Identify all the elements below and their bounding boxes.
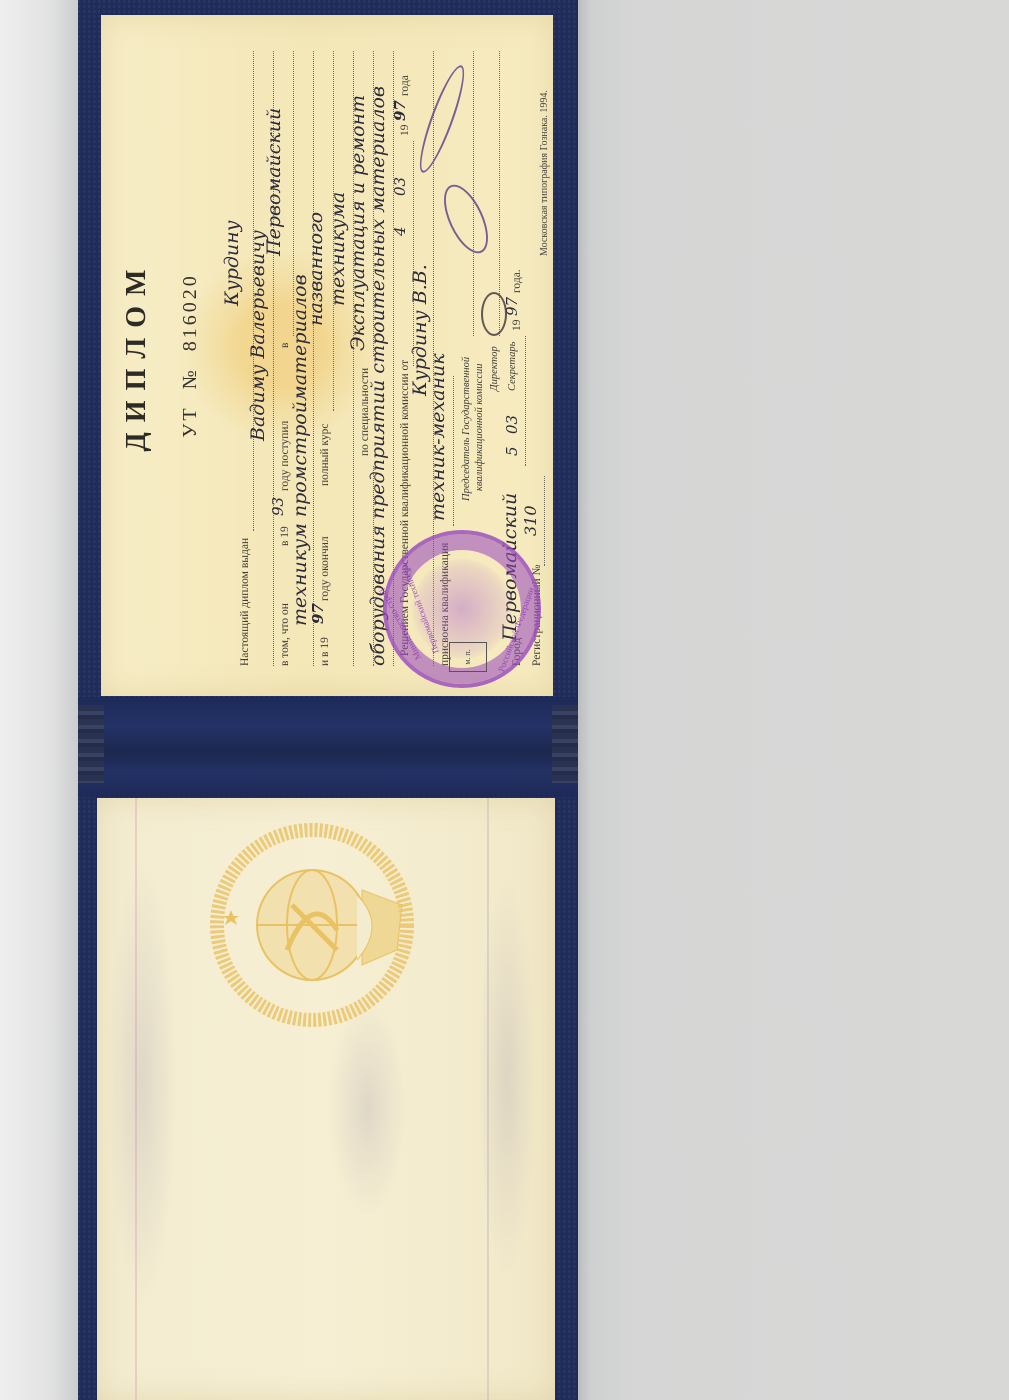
official-stamp: Министерство строй Первомайский техникум… — [383, 530, 541, 688]
dotted-line — [453, 376, 454, 526]
scanner-background — [577, 0, 1009, 1400]
recipient-name: Вадиму Валерьевичу — [247, 230, 269, 441]
decision-day: 4 — [391, 226, 409, 236]
emblem-page — [97, 798, 555, 1400]
serial-number: УТ № 816020 — [179, 15, 202, 696]
signature-line — [473, 51, 474, 336]
label-full-course: полный курс — [319, 424, 331, 486]
label-and-in-year: и в 19 — [319, 637, 331, 666]
institution-name: Первомайский — [263, 108, 285, 256]
specialty-line-1: Эксплуатация и ремонт — [347, 95, 369, 351]
ussr-coat-of-arms-icon — [197, 810, 427, 1040]
serial-prefix: УТ — [179, 405, 201, 437]
label-chairman-2: квалификационной комиссии — [474, 363, 485, 491]
label-director: Директор — [489, 346, 500, 391]
graduated-year: 97 — [309, 603, 327, 624]
label-issued-to: Настоящий диплом выдан — [239, 538, 251, 666]
serial-symbol: № — [179, 367, 201, 389]
paper-stain — [477, 878, 537, 1278]
dotted-line — [313, 51, 314, 666]
scanner-margin-left — [0, 0, 80, 1400]
label-secretary: Секретарь — [507, 342, 518, 391]
course-text: названного — [305, 212, 327, 326]
dotted-line — [525, 336, 526, 466]
diploma-text-page: ДИПЛОМ УТ № 816020 Настоящий диплом выда… — [101, 15, 553, 696]
decision-month: 03 — [391, 177, 409, 196]
qualification-value: техник-механик — [427, 353, 449, 521]
issue-day: 5 — [503, 446, 521, 456]
issue-month: 03 — [503, 415, 521, 434]
printer-imprint: Московская типография Гознака. 1994. — [539, 90, 550, 256]
course-text-2: техникума — [327, 192, 349, 306]
spine-end-left — [78, 705, 104, 783]
serial-value: 816020 — [179, 273, 201, 351]
dotted-line — [544, 476, 545, 566]
stamp-box: м. п. — [449, 642, 487, 672]
diploma-content: ДИПЛОМ УТ № 816020 Настоящий диплом выда… — [101, 15, 553, 696]
label-year-suffix-2: года. — [511, 269, 523, 293]
enrolled-year: 93 — [269, 497, 287, 516]
institution-type: техникум промстройматериалов — [289, 274, 311, 626]
label-chairman: Председатель Государственной — [461, 357, 472, 501]
recipient-surname: Курдину — [221, 220, 243, 306]
chairman-signature — [435, 178, 497, 259]
decision-year-prefix: 19 — [399, 125, 411, 137]
issue-year: 97 — [503, 297, 521, 316]
label-year-suffix: года — [399, 75, 411, 96]
specialty-line-2: оборудования предприятий строительных ма… — [367, 86, 389, 666]
cover-spine — [78, 697, 578, 797]
diploma-title: ДИПЛОМ — [121, 15, 153, 696]
issue-year-prefix: 19 — [511, 320, 523, 332]
label-graduated: году окончил — [319, 536, 331, 601]
decision-year: 97 — [391, 100, 409, 121]
registration-number: 310 — [521, 505, 540, 536]
spine-end-right — [552, 705, 578, 783]
director-signature — [412, 62, 472, 177]
paper-stain — [107, 858, 177, 1308]
